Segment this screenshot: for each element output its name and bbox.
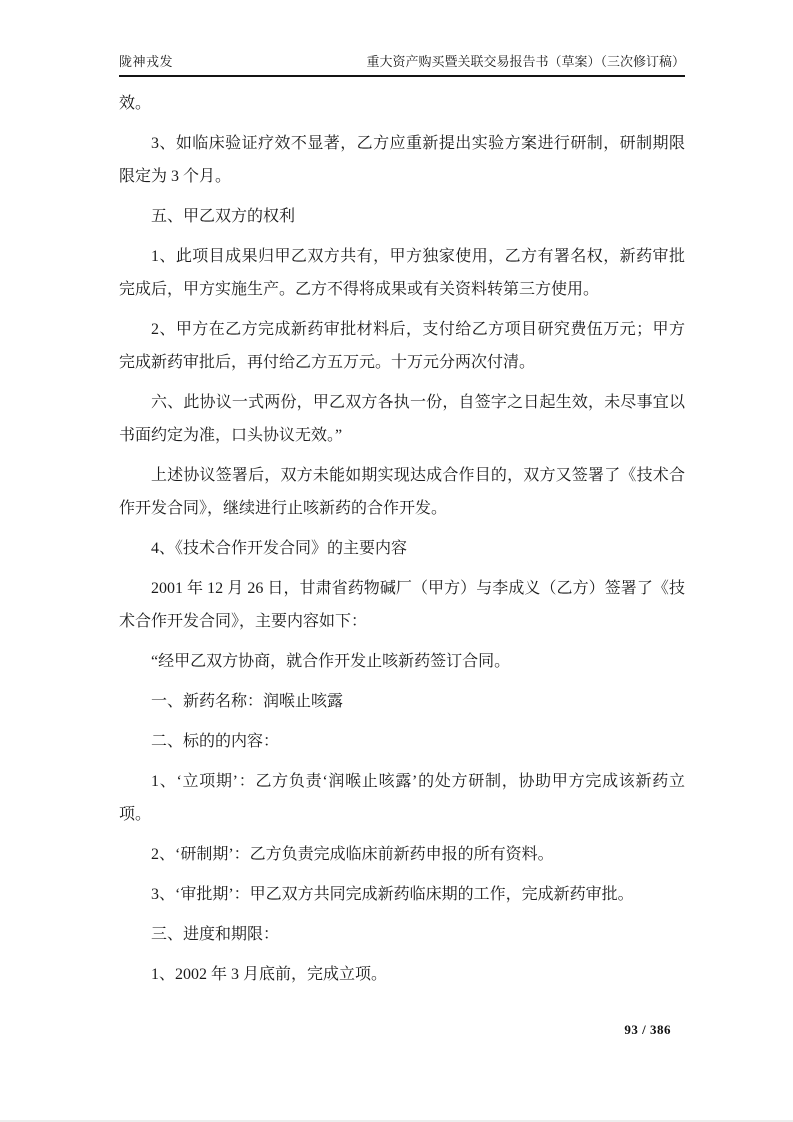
paragraph: “经甲乙双方协商，就合作开发止咳新药签订合同。 (119, 645, 685, 678)
paragraph: 二、标的的内容： (119, 725, 685, 758)
paragraph: 六、此协议一式两份，甲乙双方各执一份，自签字之日起生效，未尽事宜以书面约定为准，… (119, 386, 685, 452)
paragraph: 效。 (119, 87, 685, 120)
page-header: 陇神戎发 重大资产购买暨关联交易报告书（草案）（三次修订稿） (119, 54, 685, 77)
paragraph: 1、‘立项期’：乙方负责‘润喉止咳露’的处方研制，协助甲方完成该新药立项。 (119, 765, 685, 831)
document-page: 陇神戎发 重大资产购买暨关联交易报告书（草案）（三次修订稿） 效。3、如临床验证… (0, 0, 793, 1122)
paragraph: 1、此项目成果归甲乙双方共有，甲方独家使用，乙方有署名权，新药审批完成后，甲方实… (119, 240, 685, 306)
paragraph: 3、‘审批期’：甲乙双方共同完成新药临床期的工作，完成新药审批。 (119, 878, 685, 911)
paragraph: 2001 年 12 月 26 日，甘肃省药物碱厂（甲方）与李成义（乙方）签署了《… (119, 572, 685, 638)
page-number: 93 / 386 (624, 1022, 671, 1038)
header-document-title: 重大资产购买暨关联交易报告书（草案）（三次修订稿） (366, 54, 685, 70)
paragraph: 3、如临床验证疗效不显著，乙方应重新提出实验方案进行研制，研制期限限定为 3 个… (119, 127, 685, 193)
header-company-name: 陇神戎发 (119, 54, 173, 70)
document-body: 效。3、如临床验证疗效不显著，乙方应重新提出实验方案进行研制，研制期限限定为 3… (119, 87, 685, 998)
paragraph: 4、《技术合作开发合同》的主要内容 (119, 532, 685, 565)
paragraph: 上述协议签署后，双方未能如期实现达成合作目的，双方又签署了《技术合作开发合同》，… (119, 459, 685, 525)
paragraph: 五、甲乙双方的权利 (119, 200, 685, 233)
paragraph: 一、新药名称：润喉止咳露 (119, 685, 685, 718)
paragraph: 2、甲方在乙方完成新药审批材料后，支付给乙方项目研究费伍万元；甲方完成新药审批后… (119, 313, 685, 379)
paragraph: 1、2002 年 3 月底前，完成立项。 (119, 958, 685, 991)
paragraph: 2、‘研制期’：乙方负责完成临床前新药申报的所有资料。 (119, 838, 685, 871)
paragraph: 三、进度和期限： (119, 918, 685, 951)
